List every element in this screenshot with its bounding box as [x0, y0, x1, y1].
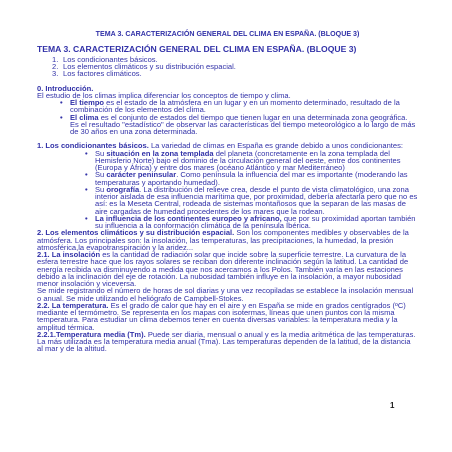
toc-item: 3.Los factores climáticos. — [37, 70, 418, 77]
bullet-item-clima: El clima es el conjunto de estados del t… — [37, 114, 418, 136]
table-of-contents: 1.Los condicionantes básicos. 2.Los elem… — [37, 56, 418, 78]
bullet-item-influencia-continentes: La influencia de los continentes europeo… — [37, 215, 418, 230]
page-number: 1 — [390, 402, 394, 409]
bullet-item-tiempo: El tiempo es el estado de la atmósfera e… — [37, 99, 418, 114]
section-2-1-paragraph: 2.1. La insolación es la cantidad de rad… — [37, 251, 418, 287]
bullet-item-situacion: Su situación en la zona templada del pla… — [37, 150, 418, 172]
document-title: TEMA 3. CARACTERIZACIÓN GENERAL DEL CLIM… — [37, 45, 418, 54]
bullet-text: . La distribución del relieve crea, desd… — [95, 185, 417, 216]
running-header: TEMA 3. CARACTERIZACIÓN GENERAL DEL CLIM… — [37, 31, 418, 38]
section-2-2-1-paragraph: 2.2.1.Temperatura media (Tm). Puede ser … — [37, 331, 418, 353]
document-page: TEMA 3. CARACTERIZACIÓN GENERAL DEL CLIM… — [0, 0, 452, 452]
bullet-item-orografia: Su orografía. La distribución del reliev… — [37, 186, 418, 215]
toc-item-number: 3. — [52, 70, 63, 77]
bullet-text: es el conjunto de estados del tiempo que… — [70, 113, 415, 137]
section-2-2-paragraph: 2.2. La temperatura. Es el grado de calo… — [37, 302, 418, 331]
bullet-item-caracter-peninsular: Su carácter peninsular. Como península l… — [37, 171, 418, 186]
spacer — [37, 78, 418, 85]
toc-item-label: Los factores climáticos. — [63, 70, 142, 77]
section-2-1-paragraph-2: Se mide registrando el número de horas d… — [37, 287, 418, 302]
section-2-paragraph: 2. Los elementos climáticos y su distrib… — [37, 229, 418, 251]
